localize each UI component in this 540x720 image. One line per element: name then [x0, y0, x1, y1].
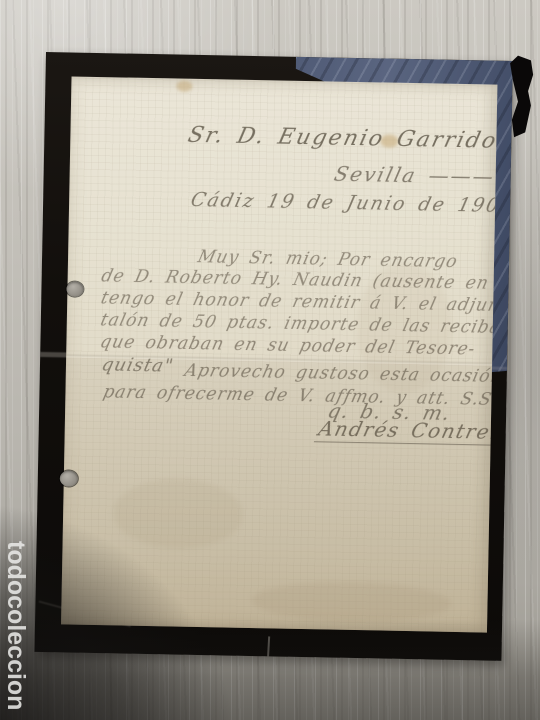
black-backing-sheet: Sr. D. Eugenio Garrido Sevilla ——— Cádiz…	[34, 52, 512, 661]
letter-line-dateline: Cádiz 19 de Junio de 1909	[189, 189, 498, 217]
site-watermark: todocoleccion	[1, 541, 30, 710]
letter-paper: Sr. D. Eugenio Garrido Sevilla ——— Cádiz…	[61, 76, 497, 632]
backing-bottom-crack	[267, 636, 270, 656]
letter-body-line: quista"	[100, 354, 176, 376]
letter-line-addressee: Sr. D. Eugenio Garrido	[186, 123, 498, 154]
letter-signature: Andrés Contreras	[314, 416, 498, 446]
letter-line-city: Sevilla ———	[332, 162, 498, 189]
paper-stain	[176, 81, 192, 92]
photo-scene: Sr. D. Eugenio Garrido Sevilla ——— Cádiz…	[0, 0, 540, 720]
fold-crease-left	[40, 352, 67, 358]
